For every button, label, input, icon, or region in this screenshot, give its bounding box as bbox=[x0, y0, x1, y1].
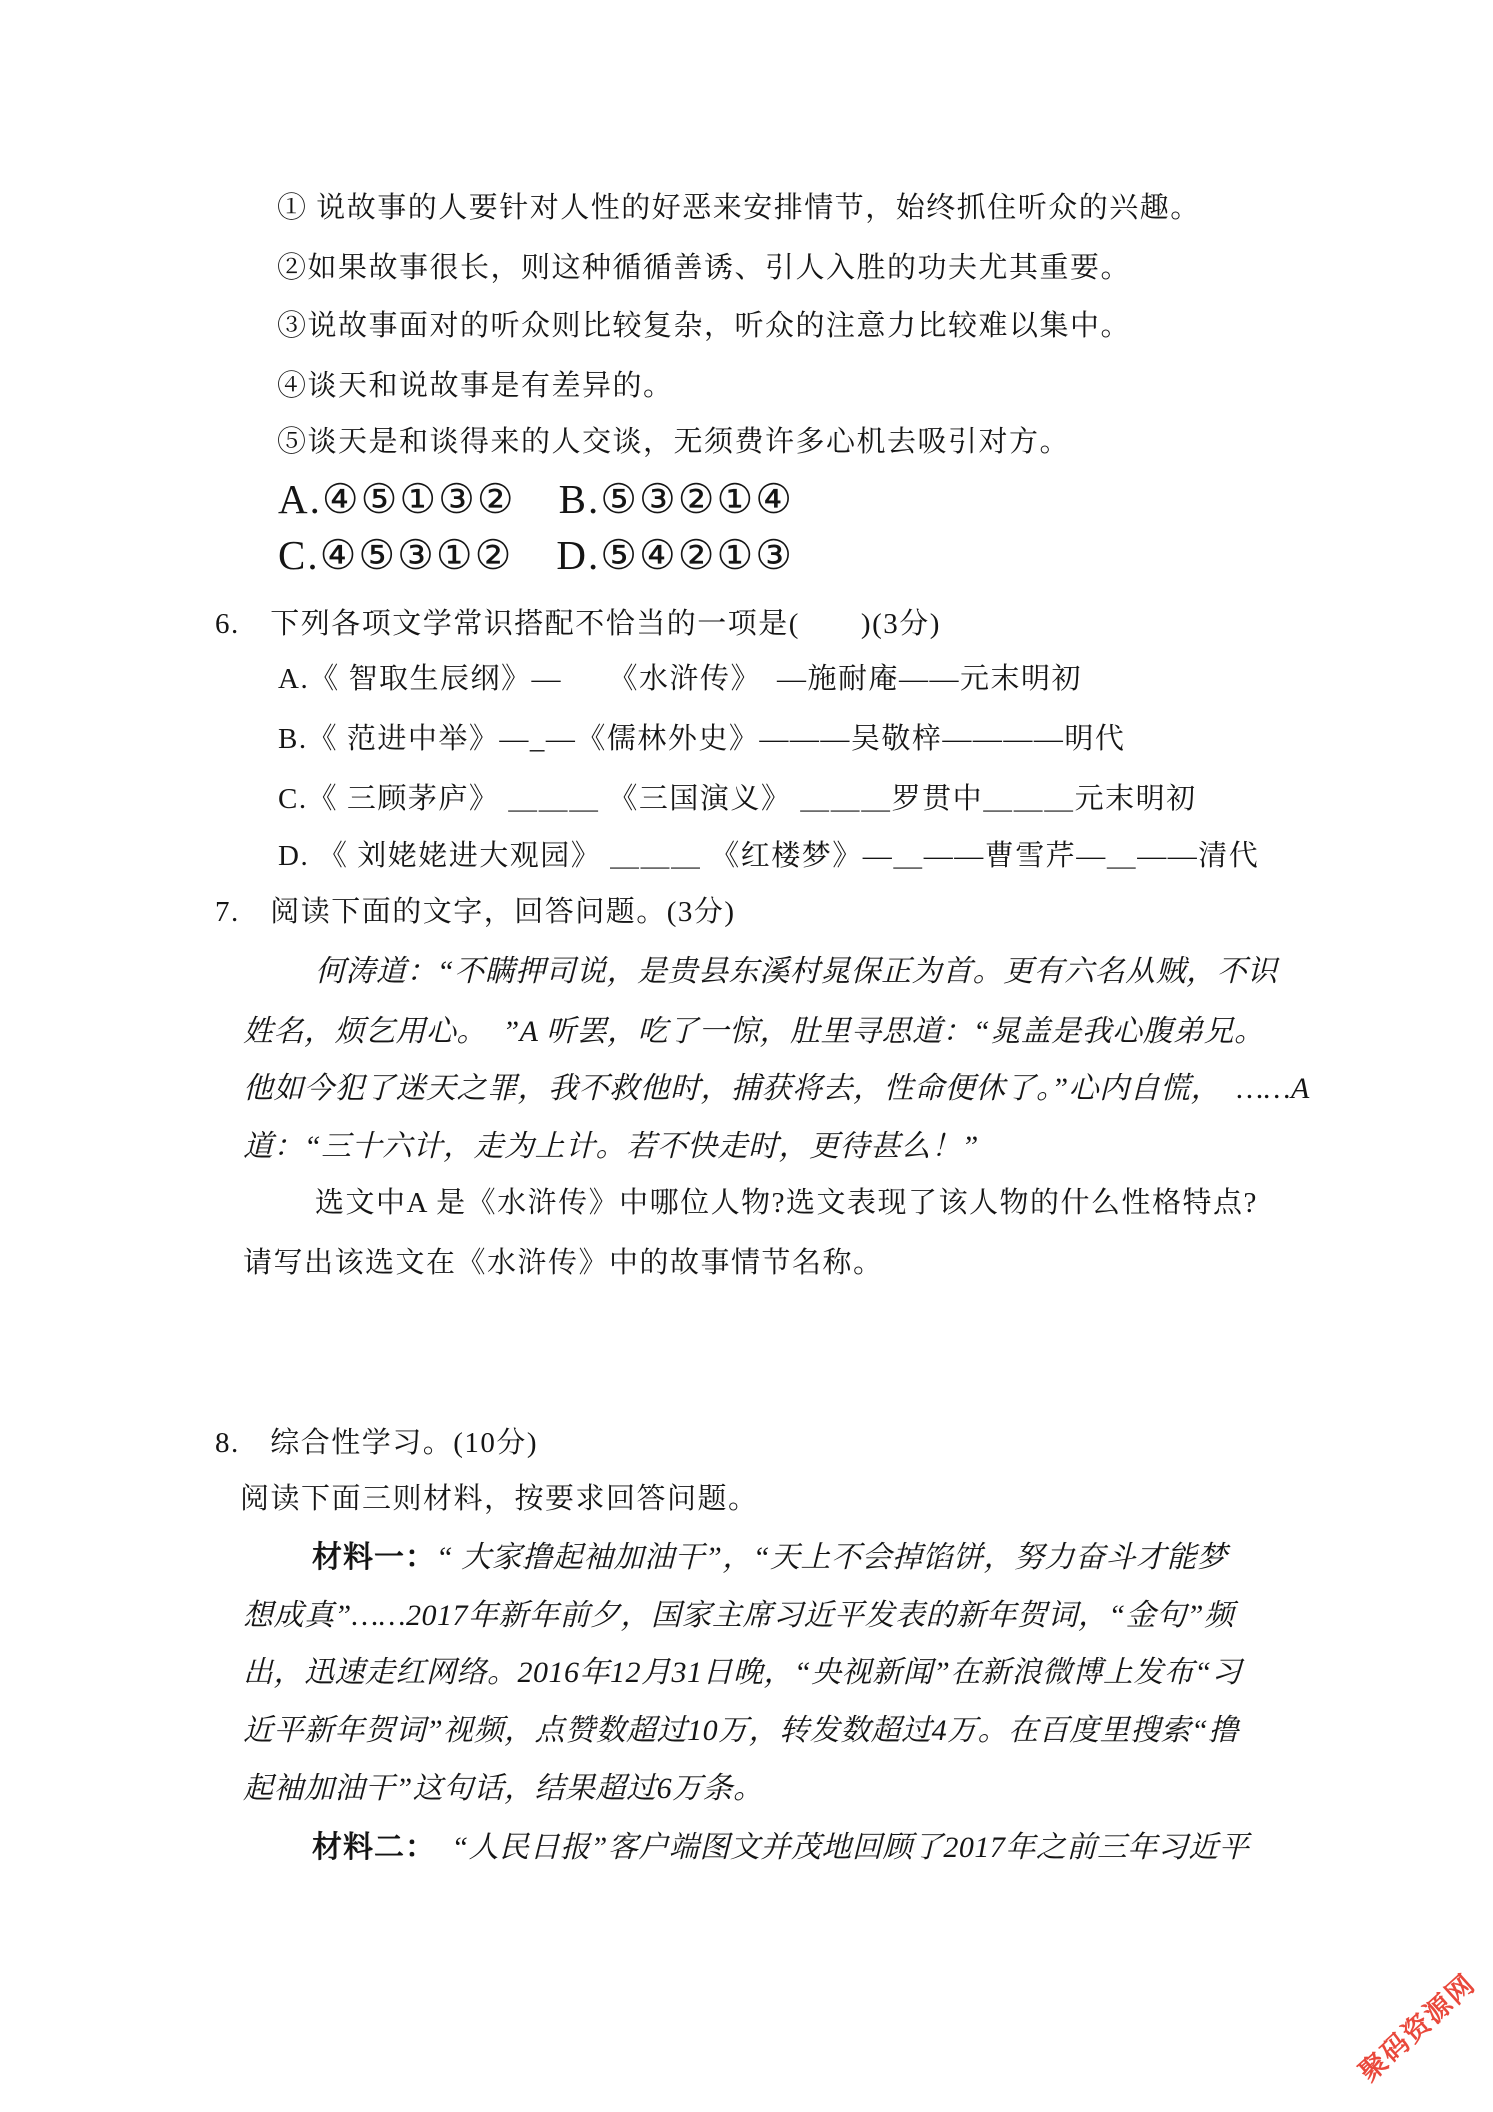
material2-text-1: “人民日报”客户端图文并茂地回顾了2017年之前三年习近平 bbox=[421, 1831, 1249, 1864]
material1-text-1: “ 大家撸起袖加油干”，“天上不会掉馅饼，努力奋斗才能梦 bbox=[436, 1541, 1228, 1574]
material1-line-1: 材料一：“ 大家撸起袖加油干”，“天上不会掉馅饼，努力奋斗才能梦 bbox=[312, 1541, 1228, 1576]
q5-item-5: ⑤谈天是和谈得来的人交谈，无须费许多心机去吸引对方。 bbox=[277, 426, 1070, 459]
q6-option-b: B.《 范进中举》—_—《儒林外史》———吴敬梓————明代 bbox=[278, 723, 1125, 756]
exam-page: ① 说故事的人要针对人性的好恶来安排情节，始终抓住听众的兴趣。 ②如果故事很长，… bbox=[0, 0, 1493, 2112]
q6-option-a: A.《 智取生辰纲》— 《水浒传》 —施耐庵——元末明初 bbox=[278, 663, 1082, 696]
q6-stem: 6. 下列各项文学常识搭配不恰当的一项是( )(3分) bbox=[215, 608, 941, 641]
q7-passage-line-2: 姓名，烦乞用心。 ”A 听罢，吃了一惊，肚里寻思道：“晁盖是我心腹弟兄。 bbox=[243, 1015, 1265, 1050]
q8-intro: 阅读下面三则材料，按要求回答问题。 bbox=[240, 1483, 759, 1516]
q7-question-line-2: 请写出该选文在《水浒传》中的故事情节名称。 bbox=[243, 1247, 884, 1280]
material1-line-5: 起袖加油干”这句话，结果超过6万条。 bbox=[243, 1772, 764, 1807]
material1-line-3: 出，迅速走红网络。2016年12月31日晚，“央视新闻”在新浪微博上发布“习 bbox=[243, 1656, 1242, 1691]
material1-line-4: 近平新年贺词”视频，点赞数超过10万，转发数超过4万。在百度里搜索“撸 bbox=[243, 1714, 1239, 1749]
q5-item-3: ③说故事面对的听众则比较复杂，听众的注意力比较难以集中。 bbox=[277, 310, 1131, 343]
material2-label: 材料二： bbox=[312, 1831, 421, 1864]
site-watermark: 聚码资源网 bbox=[1349, 1946, 1493, 2089]
material2-line-1: 材料二： “人民日报”客户端图文并茂地回顾了2017年之前三年习近平 bbox=[312, 1831, 1249, 1866]
q7-passage-line-1: 何涛道：“不瞒押司说，是贵县东溪村晁保正为首。更有六名从贼，不识 bbox=[315, 955, 1278, 990]
q8-stem: 8. 综合性学习。(10分) bbox=[215, 1427, 538, 1460]
material1-label: 材料一： bbox=[312, 1541, 436, 1574]
q5-item-4: ④谈天和说故事是有差异的。 bbox=[277, 370, 674, 403]
q7-stem: 7. 阅读下面的文字，回答问题。(3分) bbox=[215, 896, 736, 929]
q5-answer-row-cd: C.④⑤③①② D.⑤④②①③ bbox=[278, 532, 794, 579]
q5-answer-row-ab: A.④⑤①③② B.⑤③②①④ bbox=[278, 476, 794, 523]
q5-item-2: ②如果故事很长，则这种循循善诱、引人入胜的功夫尤其重要。 bbox=[277, 252, 1131, 285]
q5-item-1: ① 说故事的人要针对人性的好恶来安排情节，始终抓住听众的兴趣。 bbox=[277, 192, 1201, 225]
q7-passage-line-4: 道：“三十六计，走为上计。若不快走时，更待甚么！” bbox=[243, 1130, 979, 1165]
q6-option-d: D. 《 刘姥姥进大观园》 ＿＿＿ 《红楼梦》—＿——曹雪芹—＿——清代 bbox=[278, 840, 1259, 873]
q7-passage-line-3: 他如今犯了迷天之罪，我不救他时，捕获将去，性命便休了。”心内自慌， ……A bbox=[243, 1072, 1310, 1107]
q6-option-c: C.《 三顾茅庐》 ＿＿＿ 《三国演义》 ＿＿＿罗贯中＿＿＿元末明初 bbox=[278, 783, 1197, 816]
q7-question-line-1: 选文中A 是《水浒传》中哪位人物?选文表现了该人物的什么性格特点? bbox=[315, 1187, 1258, 1220]
material1-line-2: 想成真”……2017年新年前夕，国家主席习近平发表的新年贺词，“金句”频 bbox=[243, 1599, 1234, 1634]
